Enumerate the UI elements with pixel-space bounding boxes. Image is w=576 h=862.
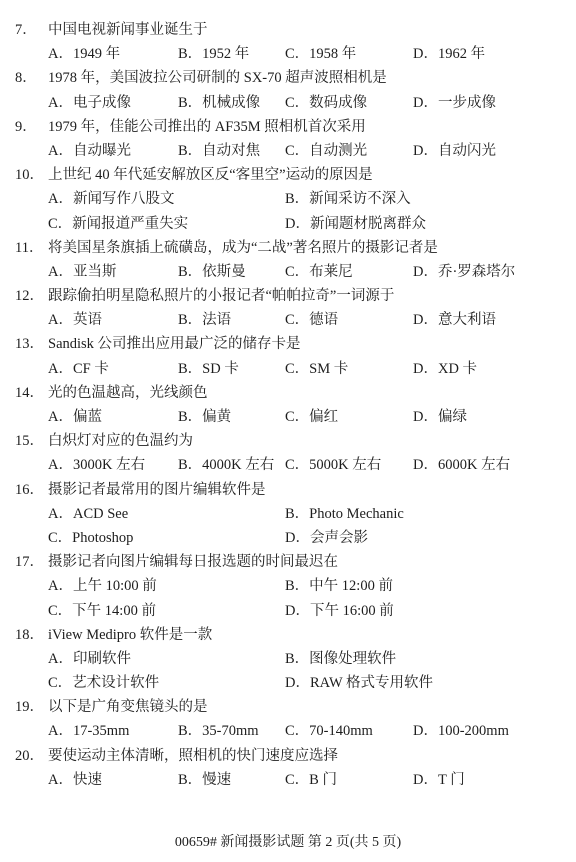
q15-option-b: B．4000K 左右 bbox=[178, 453, 274, 477]
q18-stem-line: 18． iView Medipro 软件是一款 bbox=[0, 623, 576, 647]
q11-options-line: A．亚当斯 B．依斯曼 C．布莱尼 D．乔·罗森塔尔 bbox=[0, 260, 576, 284]
q12-option-c: C．德语 bbox=[285, 308, 338, 332]
q10-options-line-1: A．新闻写作八股文 B．新闻采访不深入 bbox=[0, 187, 576, 211]
q10-option-b: B．新闻采访不深入 bbox=[285, 187, 411, 211]
q16-number: 16． bbox=[15, 478, 44, 502]
q18-number: 18． bbox=[15, 623, 44, 647]
q11-stem-line: 11． 将美国星条旗插上硫磺岛，成为“二战”著名照片的摄影记者是 bbox=[0, 236, 576, 260]
page-footer: 00659# 新闻摄影试题 第 2 页(共 5 页) bbox=[0, 831, 576, 851]
question-17: 17． 摄影记者向图片编辑每日报选题的时间最迟在 A．上午 10:00 前 B．… bbox=[0, 550, 576, 623]
q10-options-line-2: C．新闻报道严重失实 D．新闻题材脱离群众 bbox=[0, 212, 576, 236]
q15-option-c: C．5000K 左右 bbox=[285, 453, 381, 477]
q7-option-d: D．1962 年 bbox=[413, 42, 485, 66]
q18-options-line-1: A．印刷软件 B．图像处理软件 bbox=[0, 647, 576, 671]
q14-stem: 光的色温越高，光线颜色 bbox=[48, 381, 208, 405]
q8-option-a: A．电子成像 bbox=[48, 91, 131, 115]
q7-stem: 中国电视新闻事业诞生于 bbox=[48, 18, 208, 42]
q14-number: 14． bbox=[15, 381, 44, 405]
question-7: 7． 中国电视新闻事业诞生于 A．1949 年 B．1952 年 C．1958 … bbox=[0, 18, 576, 66]
q20-option-a: A．快速 bbox=[48, 768, 102, 792]
q20-option-c: C．B 门 bbox=[285, 768, 337, 792]
q20-stem: 要使运动主体清晰，照相机的快门速度应选择 bbox=[48, 744, 338, 768]
q17-stem: 摄影记者向图片编辑每日报选题的时间最迟在 bbox=[48, 550, 338, 574]
q18-option-d: D．RAW 格式专用软件 bbox=[285, 671, 433, 695]
q13-option-c: C．SM 卡 bbox=[285, 357, 348, 381]
q15-options-line: A．3000K 左右 B．4000K 左右 C．5000K 左右 D．6000K… bbox=[0, 453, 576, 477]
q7-options-line: A．1949 年 B．1952 年 C．1958 年 D．1962 年 bbox=[0, 42, 576, 66]
q19-stem: 以下是广角变焦镜头的是 bbox=[48, 695, 208, 719]
q12-options-line: A．英语 B．法语 C．德语 D．意大利语 bbox=[0, 308, 576, 332]
q17-stem-line: 17． 摄影记者向图片编辑每日报选题的时间最迟在 bbox=[0, 550, 576, 574]
q20-option-d: D．T 门 bbox=[413, 768, 465, 792]
question-12: 12． 跟踪偷拍明星隐私照片的小报记者“帕帕拉奇”一词源于 A．英语 B．法语 … bbox=[0, 284, 576, 332]
q19-number: 19． bbox=[15, 695, 44, 719]
q10-stem-line: 10． 上世纪 40 年代延安解放区反“客里空”运动的原因是 bbox=[0, 163, 576, 187]
q20-options-line: A．快速 B．慢速 C．B 门 D．T 门 bbox=[0, 768, 576, 792]
q9-option-c: C．自动测光 bbox=[285, 139, 367, 163]
q9-stem-line: 9． 1979 年，佳能公司推出的 AF35M 照相机首次采用 bbox=[0, 115, 576, 139]
q13-option-b: B．SD 卡 bbox=[178, 357, 239, 381]
q15-stem: 白炽灯对应的色温约为 bbox=[48, 429, 193, 453]
q17-option-a: A．上午 10:00 前 bbox=[48, 574, 157, 598]
q19-option-a: A．17-35mm bbox=[48, 719, 129, 743]
q18-options-line-2: C．艺术设计软件 D．RAW 格式专用软件 bbox=[0, 671, 576, 695]
q8-options-line: A．电子成像 B．机械成像 C．数码成像 D．一步成像 bbox=[0, 91, 576, 115]
question-16: 16． 摄影记者最常用的图片编辑软件是 A．ACD See B．Photo Me… bbox=[0, 478, 576, 551]
q16-stem: 摄影记者最常用的图片编辑软件是 bbox=[48, 478, 266, 502]
q14-option-b: B．偏黄 bbox=[178, 405, 231, 429]
q18-option-a: A．印刷软件 bbox=[48, 647, 131, 671]
exam-page: 7． 中国电视新闻事业诞生于 A．1949 年 B．1952 年 C．1958 … bbox=[0, 0, 576, 862]
q9-option-a: A．自动曝光 bbox=[48, 139, 131, 163]
q16-option-b: B．Photo Mechanic bbox=[285, 502, 404, 526]
q20-stem-line: 20． 要使运动主体清晰，照相机的快门速度应选择 bbox=[0, 744, 576, 768]
q7-option-b: B．1952 年 bbox=[178, 42, 249, 66]
q16-option-c: C．Photoshop bbox=[48, 526, 133, 550]
q13-option-a: A．CF 卡 bbox=[48, 357, 109, 381]
question-13: 13． Sandisk 公司推出应用最广泛的储存卡是 A．CF 卡 B．SD 卡… bbox=[0, 332, 576, 380]
q11-option-a: A．亚当斯 bbox=[48, 260, 116, 284]
q15-option-a: A．3000K 左右 bbox=[48, 453, 145, 477]
q8-stem-line: 8． 1978 年，美国波拉公司研制的 SX-70 超声波照相机是 bbox=[0, 66, 576, 90]
q18-option-b: B．图像处理软件 bbox=[285, 647, 396, 671]
q18-stem: iView Medipro 软件是一款 bbox=[48, 623, 212, 647]
q9-stem: 1979 年，佳能公司推出的 AF35M 照相机首次采用 bbox=[48, 115, 366, 139]
q15-option-d: D．6000K 左右 bbox=[413, 453, 510, 477]
q20-number: 20． bbox=[15, 744, 44, 768]
q12-stem: 跟踪偷拍明星隐私照片的小报记者“帕帕拉奇”一词源于 bbox=[48, 284, 394, 308]
q13-options-line: A．CF 卡 B．SD 卡 C．SM 卡 D．XD 卡 bbox=[0, 357, 576, 381]
q9-option-b: B．自动对焦 bbox=[178, 139, 260, 163]
q13-number: 13． bbox=[15, 332, 44, 356]
question-10: 10． 上世纪 40 年代延安解放区反“客里空”运动的原因是 A．新闻写作八股文… bbox=[0, 163, 576, 236]
q8-option-c: C．数码成像 bbox=[285, 91, 367, 115]
q19-option-d: D．100-200mm bbox=[413, 719, 509, 743]
q7-number: 7． bbox=[15, 18, 37, 42]
q11-option-b: B．依斯曼 bbox=[178, 260, 246, 284]
q12-option-d: D．意大利语 bbox=[413, 308, 496, 332]
q10-option-c: C．新闻报道严重失实 bbox=[48, 212, 188, 236]
q17-option-c: C．下午 14:00 前 bbox=[48, 599, 156, 623]
q19-option-b: B．35-70mm bbox=[178, 719, 259, 743]
q7-option-a: A．1949 年 bbox=[48, 42, 120, 66]
q8-stem: 1978 年，美国波拉公司研制的 SX-70 超声波照相机是 bbox=[48, 66, 387, 90]
q17-option-d: D．下午 16:00 前 bbox=[285, 599, 394, 623]
q18-option-c: C．艺术设计软件 bbox=[48, 671, 159, 695]
question-19: 19． 以下是广角变焦镜头的是 A．17-35mm B．35-70mm C．70… bbox=[0, 695, 576, 743]
question-14: 14． 光的色温越高，光线颜色 A．偏蓝 B．偏黄 C．偏红 D．偏绿 bbox=[0, 381, 576, 429]
q15-stem-line: 15． 白炽灯对应的色温约为 bbox=[0, 429, 576, 453]
q9-number: 9． bbox=[15, 115, 37, 139]
q10-option-d: D．新闻题材脱离群众 bbox=[285, 212, 426, 236]
question-11: 11． 将美国星条旗插上硫磺岛，成为“二战”著名照片的摄影记者是 A．亚当斯 B… bbox=[0, 236, 576, 284]
q7-option-c: C．1958 年 bbox=[285, 42, 356, 66]
q11-option-d: D．乔·罗森塔尔 bbox=[413, 260, 515, 284]
q17-option-b: B．中午 12:00 前 bbox=[285, 574, 393, 598]
q10-option-a: A．新闻写作八股文 bbox=[48, 187, 174, 211]
q13-stem-line: 13． Sandisk 公司推出应用最广泛的储存卡是 bbox=[0, 332, 576, 356]
q8-number: 8． bbox=[15, 66, 37, 90]
question-15: 15． 白炽灯对应的色温约为 A．3000K 左右 B．4000K 左右 C．5… bbox=[0, 429, 576, 477]
q20-option-b: B．慢速 bbox=[178, 768, 231, 792]
q14-option-d: D．偏绿 bbox=[413, 405, 467, 429]
q11-number: 11． bbox=[15, 236, 43, 260]
q16-options-line-2: C．Photoshop D．会声会影 bbox=[0, 526, 576, 550]
q12-option-a: A．英语 bbox=[48, 308, 102, 332]
question-20: 20． 要使运动主体清晰，照相机的快门速度应选择 A．快速 B．慢速 C．B 门… bbox=[0, 744, 576, 792]
q10-stem: 上世纪 40 年代延安解放区反“客里空”运动的原因是 bbox=[48, 163, 373, 187]
q8-option-d: D．一步成像 bbox=[413, 91, 496, 115]
q13-option-d: D．XD 卡 bbox=[413, 357, 477, 381]
question-list: 7． 中国电视新闻事业诞生于 A．1949 年 B．1952 年 C．1958 … bbox=[0, 18, 576, 792]
q19-option-c: C．70-140mm bbox=[285, 719, 373, 743]
q17-options-line-2: C．下午 14:00 前 D．下午 16:00 前 bbox=[0, 599, 576, 623]
q19-options-line: A．17-35mm B．35-70mm C．70-140mm D．100-200… bbox=[0, 719, 576, 743]
q14-stem-line: 14． 光的色温越高，光线颜色 bbox=[0, 381, 576, 405]
q15-number: 15． bbox=[15, 429, 44, 453]
question-9: 9． 1979 年，佳能公司推出的 AF35M 照相机首次采用 A．自动曝光 B… bbox=[0, 115, 576, 163]
q16-stem-line: 16． 摄影记者最常用的图片编辑软件是 bbox=[0, 478, 576, 502]
q17-options-line-1: A．上午 10:00 前 B．中午 12:00 前 bbox=[0, 574, 576, 598]
q12-stem-line: 12． 跟踪偷拍明星隐私照片的小报记者“帕帕拉奇”一词源于 bbox=[0, 284, 576, 308]
q16-option-d: D．会声会影 bbox=[285, 526, 368, 550]
q14-options-line: A．偏蓝 B．偏黄 C．偏红 D．偏绿 bbox=[0, 405, 576, 429]
q9-options-line: A．自动曝光 B．自动对焦 C．自动测光 D．自动闪光 bbox=[0, 139, 576, 163]
q7-stem-line: 7． 中国电视新闻事业诞生于 bbox=[0, 18, 576, 42]
q17-number: 17． bbox=[15, 550, 44, 574]
question-18: 18． iView Medipro 软件是一款 A．印刷软件 B．图像处理软件 … bbox=[0, 623, 576, 696]
q8-option-b: B．机械成像 bbox=[178, 91, 260, 115]
q14-option-a: A．偏蓝 bbox=[48, 405, 102, 429]
q12-number: 12． bbox=[15, 284, 44, 308]
q10-number: 10． bbox=[15, 163, 44, 187]
q14-option-c: C．偏红 bbox=[285, 405, 338, 429]
q19-stem-line: 19． 以下是广角变焦镜头的是 bbox=[0, 695, 576, 719]
q16-options-line-1: A．ACD See B．Photo Mechanic bbox=[0, 502, 576, 526]
q11-stem: 将美国星条旗插上硫磺岛，成为“二战”著名照片的摄影记者是 bbox=[48, 236, 438, 260]
q12-option-b: B．法语 bbox=[178, 308, 231, 332]
q13-stem: Sandisk 公司推出应用最广泛的储存卡是 bbox=[48, 332, 301, 356]
q11-option-c: C．布莱尼 bbox=[285, 260, 353, 284]
question-8: 8． 1978 年，美国波拉公司研制的 SX-70 超声波照相机是 A．电子成像… bbox=[0, 66, 576, 114]
q16-option-a: A．ACD See bbox=[48, 502, 128, 526]
q9-option-d: D．自动闪光 bbox=[413, 139, 496, 163]
